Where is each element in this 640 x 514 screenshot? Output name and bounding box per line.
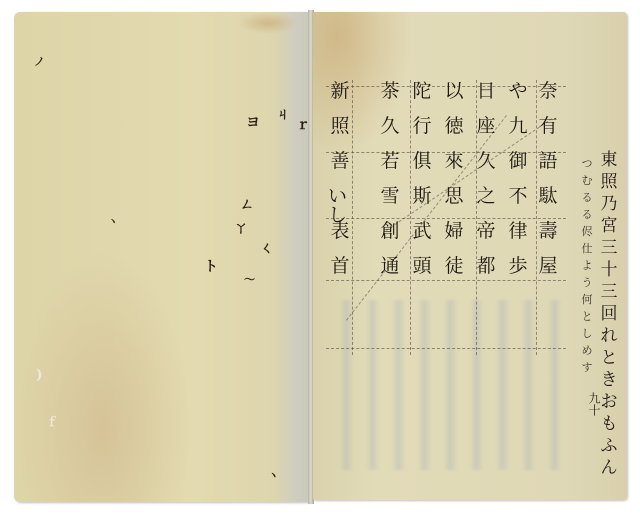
wormhole: ㄥ bbox=[240, 198, 254, 212]
wormhole: ㄑ bbox=[260, 242, 274, 256]
grid-column: や 九 御 不 律 歩 bbox=[506, 82, 530, 292]
wormhole: ト bbox=[204, 260, 218, 274]
grid-column: 茶 久 若 雪 創 通 bbox=[378, 82, 402, 292]
water-stain bbox=[238, 12, 298, 34]
grid-column: 以 徳 來 思 婦 徒 bbox=[442, 82, 466, 292]
wormhole: ) bbox=[36, 368, 43, 382]
grid-column: 奈 有 語 駄 壽 屋 bbox=[536, 82, 560, 292]
wormhole: ヽ bbox=[268, 470, 279, 481]
wormhole: ㄐ bbox=[276, 108, 290, 122]
annotation-column: つ む る る 侭 仕 よ う 何 と し め す bbox=[580, 158, 594, 379]
left-page: ノ ヨ ㄐ ｒ ㄥ ㄚ ㄑ ト ヽ 〜 ) ｆ ヽ bbox=[14, 12, 310, 502]
grid-column: 新 照 善 いし 表 首 bbox=[328, 82, 352, 292]
open-book: ノ ヨ ㄐ ｒ ㄥ ㄚ ㄑ ト ヽ 〜 ) ｆ ヽ 奈 有 語 駄 壽 屋 bbox=[0, 0, 640, 514]
title-column: 東 照 乃 宮 三 十 三 回 れ と き お も ふ ん bbox=[598, 152, 620, 482]
folio-number: 九十 bbox=[586, 392, 603, 416]
grid-line bbox=[326, 348, 566, 349]
wormhole: 〜 bbox=[244, 274, 255, 285]
grid-column: 陀 行 俱 斯 武 頭 bbox=[410, 82, 434, 292]
grid-column: 日 座 久 之 帝 都 bbox=[474, 82, 498, 292]
wormhole: ヽ bbox=[108, 218, 118, 228]
wormhole: ヨ bbox=[246, 116, 260, 130]
character-grid: 奈 有 語 駄 壽 屋 や 九 御 不 律 歩 日 座 久 之 帝 都 以 徳 … bbox=[326, 80, 566, 355]
wormhole: ノ bbox=[34, 56, 45, 67]
wormhole: ㄚ bbox=[234, 222, 248, 236]
wormhole: ｆ bbox=[46, 416, 58, 428]
